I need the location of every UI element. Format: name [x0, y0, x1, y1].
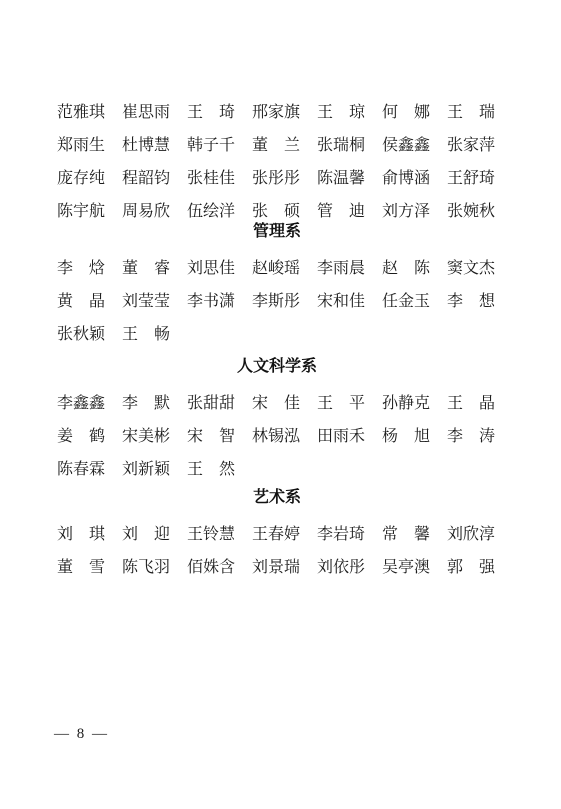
student-name: 何娜 — [382, 104, 430, 121]
student-name: 宋佳 — [252, 395, 300, 412]
student-name: 邢家旗 — [252, 104, 300, 121]
student-name: 李涛 — [447, 428, 495, 445]
student-name: 李书潇 — [187, 293, 235, 310]
student-name: 宋和佳 — [317, 293, 365, 310]
name-row: 姜鹤宋美彬宋智林锡泓田雨禾杨旭李涛 — [57, 420, 497, 453]
student-name: 郑雨生 — [57, 137, 105, 154]
student-name: 王然 — [187, 461, 235, 478]
name-row: 庞存纯程韶钧张桂佳张彤彤陈温馨俞博涵王舒琦 — [57, 162, 497, 195]
student-name: 张婉秋 — [447, 203, 495, 220]
student-name: 赵陈 — [382, 260, 430, 277]
page-number: — 8 — — [54, 726, 109, 743]
section-title: 艺术系 — [57, 488, 497, 508]
name-row: 郑雨生杜博慧韩子千董兰张瑞桐侯鑫鑫张家萍 — [57, 129, 497, 162]
name-row: 董雪陈飞羽佰姝含刘景瑞刘依彤吴亭澳郭强 — [57, 551, 497, 584]
student-name: 李默 — [122, 395, 170, 412]
student-name: 张硕 — [252, 203, 300, 220]
student-name: 伍绘洋 — [187, 203, 235, 220]
student-name: 俞博涵 — [382, 170, 430, 187]
student-name: 林锡泓 — [252, 428, 300, 445]
student-name: 张彤彤 — [252, 170, 300, 187]
student-name: 王舒琦 — [447, 170, 495, 187]
student-name: 侯鑫鑫 — [382, 137, 430, 154]
student-name: 王畅 — [122, 326, 170, 343]
student-name: 崔思雨 — [122, 104, 170, 121]
student-name: 王平 — [317, 395, 365, 412]
student-name: 王晶 — [447, 395, 495, 412]
name-row: 陈春霖刘新颖王然 — [57, 453, 497, 486]
student-name: 吴亭澳 — [382, 559, 430, 576]
student-name: 李雨晨 — [317, 260, 365, 277]
student-name: 常馨 — [382, 526, 430, 543]
student-name: 管迪 — [317, 203, 365, 220]
student-name: 庞存纯 — [57, 170, 105, 187]
student-name: 李斯彤 — [252, 293, 300, 310]
section-title: 管理系 — [57, 222, 497, 242]
student-name: 王琼 — [317, 104, 365, 121]
student-name: 刘景瑞 — [252, 559, 300, 576]
student-name: 李鑫鑫 — [57, 395, 105, 412]
student-name: 刘莹莹 — [122, 293, 170, 310]
student-name: 李想 — [447, 293, 495, 310]
student-name: 郭强 — [447, 559, 495, 576]
student-name: 刘方泽 — [382, 203, 430, 220]
student-name: 王铃慧 — [187, 526, 235, 543]
student-name: 田雨禾 — [317, 428, 365, 445]
student-name: 宋美彬 — [122, 428, 170, 445]
student-name: 张瑞桐 — [317, 137, 365, 154]
student-name: 李焓 — [57, 260, 105, 277]
student-name: 杨旭 — [382, 428, 430, 445]
student-name: 王琦 — [187, 104, 235, 121]
student-name: 刘新颖 — [122, 461, 170, 478]
student-name: 范雅琪 — [57, 104, 105, 121]
student-name: 张桂佳 — [187, 170, 235, 187]
student-name: 董兰 — [252, 137, 300, 154]
document-page: 范雅琪崔思雨王琦邢家旗王琼何娜王瑞郑雨生杜博慧韩子千董兰张瑞桐侯鑫鑫张家萍庞存纯… — [0, 0, 561, 809]
student-name: 任金玉 — [382, 293, 430, 310]
name-row: 李焓董睿刘思佳赵峻瑶李雨晨赵陈窦文杰 — [57, 252, 497, 285]
student-name: 周易欣 — [122, 203, 170, 220]
student-name: 刘欣淳 — [447, 526, 495, 543]
student-name: 刘迎 — [122, 526, 170, 543]
student-name: 黄晶 — [57, 293, 105, 310]
student-name: 陈春霖 — [57, 461, 105, 478]
student-name: 张甜甜 — [187, 395, 235, 412]
student-name: 程韶钧 — [122, 170, 170, 187]
student-name: 姜鹤 — [57, 428, 105, 445]
student-name: 佰姝含 — [187, 559, 235, 576]
name-row: 张秋颖王畅 — [57, 318, 497, 351]
name-row: 刘琪刘迎王铃慧王春婷李岩琦常馨刘欣淳 — [57, 518, 497, 551]
student-name: 宋智 — [187, 428, 235, 445]
section-title: 人文科学系 — [57, 357, 497, 377]
student-name: 李岩琦 — [317, 526, 365, 543]
student-name: 王瑞 — [447, 104, 495, 121]
student-name: 张家萍 — [447, 137, 495, 154]
student-name: 孙静克 — [382, 395, 430, 412]
student-name: 刘思佳 — [187, 260, 235, 277]
student-name: 陈飞羽 — [122, 559, 170, 576]
student-name: 董睿 — [122, 260, 170, 277]
student-name: 张秋颖 — [57, 326, 105, 343]
student-name: 赵峻瑶 — [252, 260, 300, 277]
name-row: 黄晶刘莹莹李书潇李斯彤宋和佳任金玉李想 — [57, 285, 497, 318]
student-name: 陈温馨 — [317, 170, 365, 187]
student-name: 董雪 — [57, 559, 105, 576]
name-row: 李鑫鑫李默张甜甜宋佳王平孙静克王晶 — [57, 387, 497, 420]
student-name: 刘琪 — [57, 526, 105, 543]
student-name: 陈宇航 — [57, 203, 105, 220]
name-list-content: 范雅琪崔思雨王琦邢家旗王琼何娜王瑞郑雨生杜博慧韩子千董兰张瑞桐侯鑫鑫张家萍庞存纯… — [57, 96, 497, 584]
student-name: 王春婷 — [252, 526, 300, 543]
student-name: 窦文杰 — [447, 260, 495, 277]
student-name: 韩子千 — [187, 137, 235, 154]
name-row: 范雅琪崔思雨王琦邢家旗王琼何娜王瑞 — [57, 96, 497, 129]
student-name: 刘依彤 — [317, 559, 365, 576]
student-name: 杜博慧 — [122, 137, 170, 154]
